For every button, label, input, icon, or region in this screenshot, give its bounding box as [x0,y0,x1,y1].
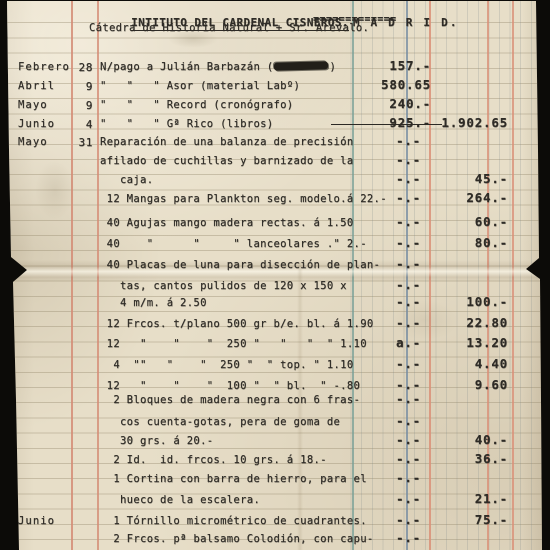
ledger-row: caja. -.- 45.- [0,172,550,191]
month-cell: Mayo [18,99,48,111]
description-cell: " " " Gª Rico (libros) [100,118,273,130]
description-cell: 40 Agujas mango madera rectas. á 1.50 [100,217,354,229]
description-cell: N/pago a Julián Barbazán () [100,61,336,73]
department-subtitle: Cátedra de Historia Natural + Sr. Aréval… [89,22,369,34]
ledger-row: 40 Placas de luna para disección de plan… [0,257,550,276]
ledger-row: Abril 9 " " " Asor (material Labº) 580.6… [0,78,550,97]
amount-col2-cell: 13.20 [398,335,508,350]
amount-col1-cell: 240.- [320,96,431,111]
day-cell: 9 [64,80,93,93]
amount-col2-cell: 40.- [398,432,508,447]
month-cell: Abril [18,80,55,92]
description-cell: " " " Record (cronógrafo) [100,99,293,111]
day-cell: 28 [64,61,93,74]
amount-col2-cell: 45.- [398,171,508,186]
ledger-row: 12 " " " 250 " " " " 1.10 a.- 13.20 [0,336,550,355]
month-cell: Febrero [18,61,70,73]
description-cell: caja. [100,174,153,186]
ledger-row: 30 grs. á 20.- -.- 40.- [0,433,550,452]
amount-col1-cell: -.- [320,152,421,167]
ledger-row: 4 m/m. á 2.50 -.- 100.- [0,295,550,314]
ledger-row: 12 Frcos. t/plano 500 gr b/e. bl. á 1.90… [0,316,550,335]
amount-col1-cell: 157.- [320,58,431,73]
amount-col2-cell: 21.- [398,491,508,506]
amount-col1-cell: -.- [320,470,421,485]
amount-col1-cell: -.- [320,133,421,148]
ledger-row: 40 Agujas mango madera rectas. á 1.50 -.… [0,215,550,234]
amount-col2-cell: 9.60 [398,377,508,392]
amount-col2-cell: 60.- [398,214,508,229]
description-cell: 2 Id. id. frcos. 10 grs. á 18.- [100,454,327,466]
ledger-row: cos cuenta-gotas, pera de goma de -.- [0,414,550,433]
description-cell: afilado de cuchillas y barnizado de la [100,155,354,167]
month-cell: Junio [18,118,55,130]
amount-col1-cell: -.- [320,391,421,406]
amount-col2-cell: 75.- [398,512,508,527]
month-cell: Mayo [18,136,48,148]
amount-col1-cell: -.- [320,256,421,271]
ledger-row: 2 Bloques de madera negra con 6 fras- -.… [0,392,550,411]
description-cell: 30 grs. á 20.- [100,435,213,447]
amount-col1-cell: -.- [320,413,421,428]
ledger-row: 12 Mangas para Plankton seg. modelo.á 22… [0,191,550,210]
description-cell: 4 m/m. á 2.50 [100,297,207,309]
ledger-row: Junio 1 Tórnillo micrométrico de cuadran… [0,513,550,532]
ledger-row: Junio 4 " " " Gª Rico (libros) 925.- 1.9… [0,116,550,135]
paper-sheet: INTITUTO DEL CARDENAL CISNEROS.M A D R I… [0,0,550,550]
amount-col1-cell: -.- [320,277,421,292]
description-cell: tas, cantos pulidos de 120 x 150 x [100,280,347,292]
description-cell: Reparación de una balanza de precisión [100,136,354,148]
total-sum-rule [331,124,442,125]
ledger-row: 2 Frcos. pª balsamo Colodión, con capu- … [0,531,550,550]
day-cell: 9 [64,99,93,112]
ledger-row: hueco de la escalera. -.- 21.- [0,492,550,511]
ledger-row: Mayo 9 " " " Record (cronógrafo) 240.- [0,97,550,116]
amount-col2-cell: 36.- [398,451,508,466]
amount-col2-cell: 100.- [398,294,508,309]
ledger-row: afilado de cuchillas y barnizado de la -… [0,153,550,172]
description-cell: " " " Asor (material Labº) [100,80,300,92]
amount-col2-cell: 1.902.65 [398,115,508,130]
day-cell: 4 [64,118,93,131]
amount-col2-cell: 264.- [398,190,508,205]
description-cell: 4 "" " " 250 " " top. " 1.10 [100,359,354,371]
amount-col2-cell: 4.40 [398,356,508,371]
day-cell: 31 [64,136,93,149]
amount-col2-cell: 22.80 [398,315,508,330]
ledger-row: 2 Id. id. frcos. 10 grs. á 18.- -.- 36.- [0,452,550,471]
month-cell: Junio [18,515,55,527]
amount-col2-cell: 80.- [398,235,508,250]
description-cell: cos cuenta-gotas, pera de goma de [100,416,340,428]
ledger-row: Mayo 31 Reparación de una balanza de pre… [0,134,550,153]
ledger-row: 4 "" " " 250 " " top. " 1.10 -.- 4.40 [0,357,550,376]
amount-col1-cell: 580.65 [320,77,431,92]
description-cell: hueco de la escalera. [100,494,260,506]
ledger-row: Febrero 28 N/pago a Julián Barbazán () 1… [0,59,550,78]
amount-col1-cell: -.- [320,530,421,545]
ledger-row: 1 Cortina con barra de hierro, para el -… [0,471,550,490]
scanned-ledger-page: INTITUTO DEL CARDENAL CISNEROS.M A D R I… [0,0,550,550]
ledger-row: 40 " " " lanceolares ." 2.- -.- 80.- [0,236,550,255]
